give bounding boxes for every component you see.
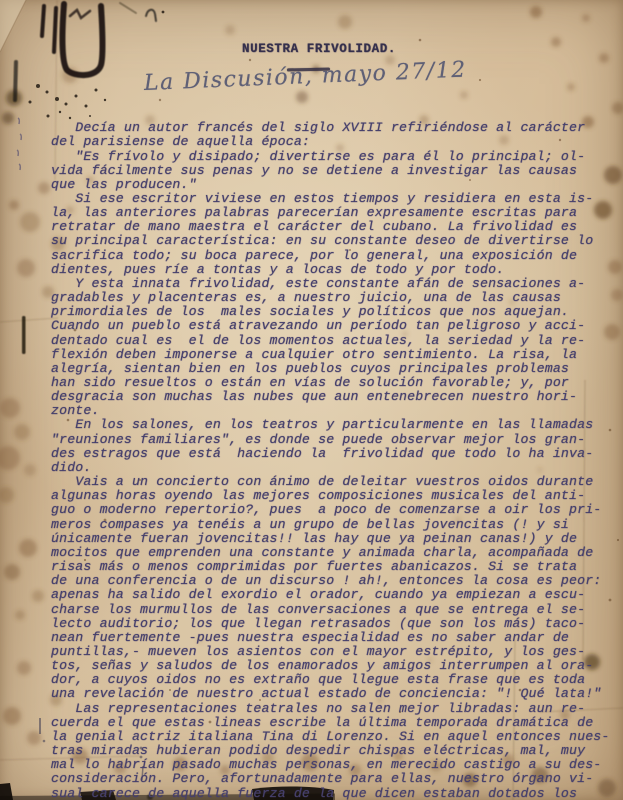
scanned-document: NUESTRA FRIVOLIDAD. La Discusión, mayo 2… (0, 0, 623, 800)
document-title: NUESTRA FRIVOLIDAD. (242, 43, 396, 57)
document-body-text: Decía un autor francés del siglo XVIII r… (51, 121, 609, 800)
